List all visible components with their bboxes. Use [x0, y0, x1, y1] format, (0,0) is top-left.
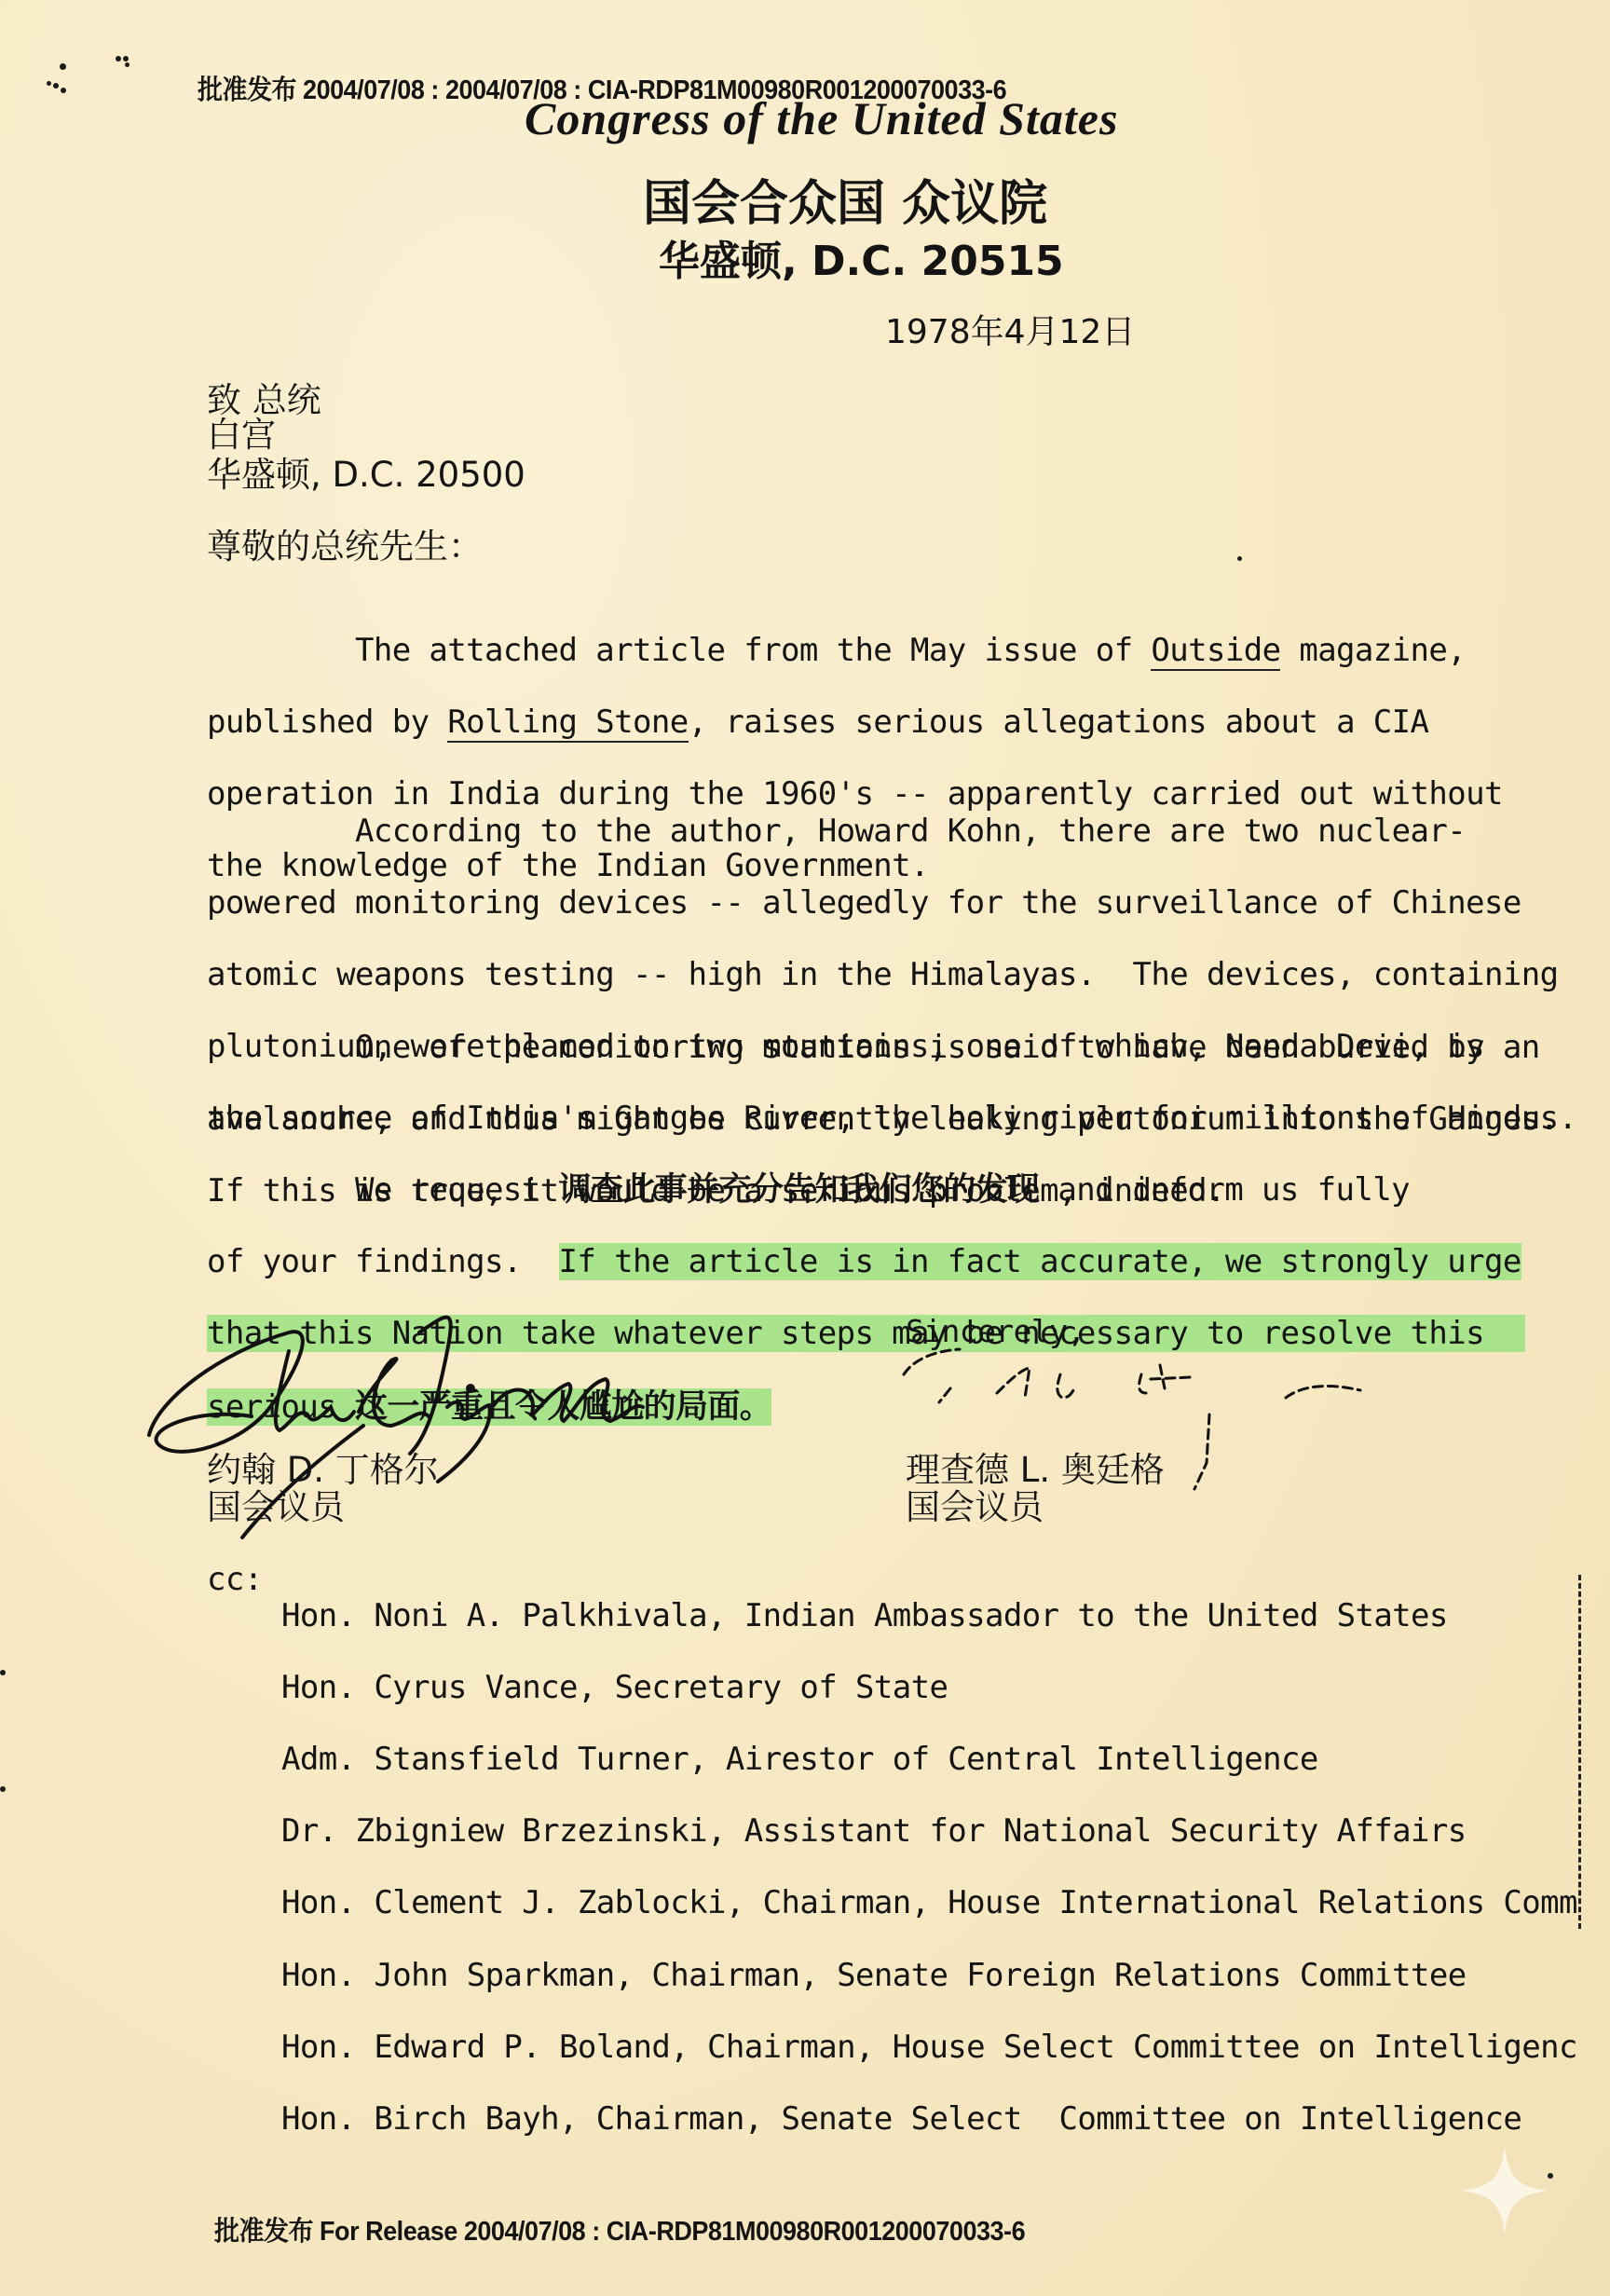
p1-line-2: published by Rolling Stone, raises serio…: [207, 704, 1503, 741]
scan-speck: [116, 56, 121, 61]
scan-speck: [61, 88, 66, 93]
scan-speck: [60, 63, 66, 70]
publication-rolling-stone: Rolling Stone: [447, 704, 688, 743]
cc-list: Hon. Noni A. Palkhivala, Indian Ambassad…: [281, 1562, 1578, 2173]
letterhead-chamber: 国会合众国 众议院: [643, 164, 1047, 234]
cc-recipient: Hon. Noni A. Palkhivala, Indian Ambassad…: [281, 1598, 1578, 1634]
cc-recipient: Adm. Stansfield Turner, Airestor of Cent…: [281, 1742, 1578, 1778]
signatory-2-name: 理查德 L. 奥廷格: [906, 1452, 1165, 1489]
recipient-line-3: 华盛顿, D.C. 20500: [207, 457, 525, 494]
signatory-2-title: 国会议员: [906, 1489, 1044, 1526]
scan-speck: [123, 56, 129, 61]
scan-speck: [0, 1786, 6, 1792]
p3-line: avalanche, and thus might be currently l…: [207, 1101, 1559, 1138]
cc-recipient: Hon. Birch Bayh, Chairman, Senate Select…: [281, 2101, 1578, 2138]
p2-line: powered monitoring devices -- allegedly …: [207, 885, 1576, 922]
highlighted-text: If the article is in fact accurate, we s…: [559, 1243, 1521, 1280]
cc-recipient: Dr. Zbigniew Brzezinski, Assistant for N…: [281, 1813, 1578, 1850]
cc-label: cc:: [207, 1562, 263, 1598]
letterhead-city: 华盛顿, D.C. 20515: [659, 227, 1064, 287]
scan-speck: [0, 1670, 6, 1675]
letterhead-title: Congress of the United States: [525, 91, 1118, 145]
scan-speck: [1237, 556, 1242, 561]
recipient-line-1: 致 总统: [207, 382, 321, 419]
scan-speck: [53, 83, 59, 89]
publication-outside: Outside: [1151, 632, 1280, 671]
cc-recipient: Hon. Cyrus Vance, Secretary of State: [281, 1670, 1578, 1706]
p2-line: According to the author, Howard Kohn, th…: [207, 813, 1576, 850]
p2-line: atomic weapons testing -- high in the Hi…: [207, 957, 1576, 993]
cc-recipient: Hon. Clement J. Zablocki, Chairman, Hous…: [281, 1885, 1578, 1921]
scan-edge-line: [1578, 1575, 1581, 1929]
p4-line-1: We request 调查此事并充分告知我们您的发现 and inform us…: [207, 1171, 1525, 1209]
salutation: 尊敬的总统先生：: [207, 528, 483, 566]
declassification-stamp-bottom: 批准发布 For Release 2004/07/08 : CIA-RDP81M…: [214, 2210, 1025, 2248]
recipient-line-2: 白宫: [207, 417, 276, 454]
letter-date: 1978年4月12日: [885, 306, 1135, 353]
p1-line-1: The attached article from the May issue …: [207, 633, 1503, 669]
p4-line-2: of your findings. If the article is in f…: [207, 1244, 1525, 1280]
scan-speck: [125, 62, 130, 67]
cc-recipient: Hon. Edward P. Boland, Chairman, House S…: [281, 2029, 1578, 2066]
scan-speck: [47, 81, 51, 86]
cc-recipient: Hon. John Sparkman, Chairman, Senate For…: [281, 1958, 1578, 1994]
signatory-1-name: 约翰 D. 丁格尔: [207, 1452, 439, 1489]
sparkle-icon: [1459, 2145, 1550, 2241]
signatory-1-title: 国会议员: [207, 1489, 345, 1526]
p3-line: One of the monitoring stations is said t…: [207, 1030, 1559, 1066]
